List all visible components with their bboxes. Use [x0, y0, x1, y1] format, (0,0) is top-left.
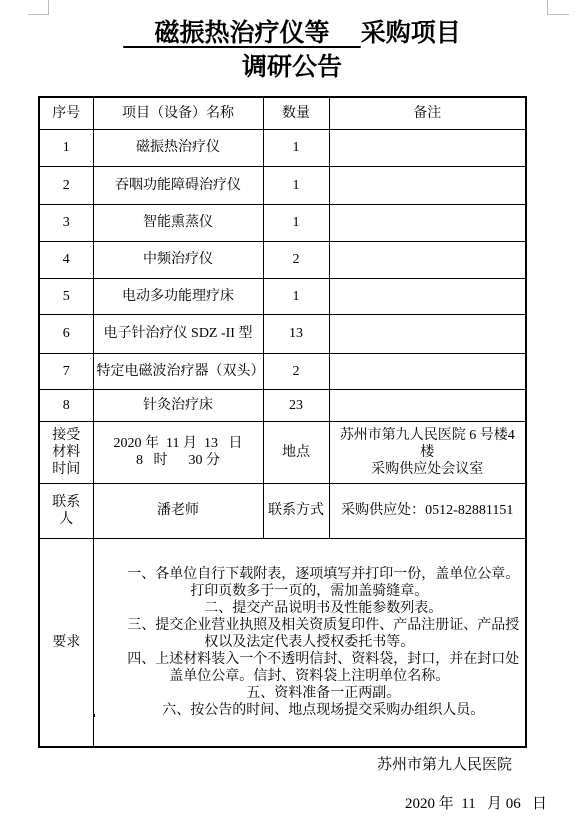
row-name: 针灸治疗床	[93, 389, 263, 421]
header-no: 序号	[39, 97, 93, 129]
row-note	[329, 129, 526, 166]
table-row: 7 特定电磁波治疗器（双头） 2	[39, 353, 526, 389]
table-row: 3 智能熏蒸仪 1	[39, 204, 526, 241]
row-qty: 2	[263, 241, 329, 278]
requirements-content: 一、各单位自行下载附表，逐项填写并打印一份，盖单位公章。打印页数多于一页的，需加…	[93, 538, 526, 747]
document-title: 磁振热治疗仪等 采购项目 调研公告	[0, 17, 584, 85]
requirements-label: 要求	[39, 538, 93, 747]
row-qty: 1	[263, 204, 329, 241]
place-value: 苏州市第九人民医院 6 号楼4 楼 采购供应处会议室	[329, 421, 526, 483]
margin-corner-mark-right	[547, 0, 569, 15]
contact-label: 联系 人	[39, 483, 93, 538]
row-no: 5	[39, 278, 93, 314]
place-label: 地点	[263, 421, 329, 483]
margin-corner-mark-left	[28, 0, 49, 15]
table-row: 4 中频治疗仪 2	[39, 241, 526, 278]
row-note	[329, 204, 526, 241]
contact-row: 联系 人 潘老师 联系方式 采购供应处：0512-82881151	[39, 483, 526, 538]
acceptance-time-label: 接受 材料 时间	[39, 421, 93, 483]
row-note	[329, 389, 526, 421]
requirement-item: 三、提交企业营业执照及相关资质复印件、产品注册证、产品授权以及法定代表人授权委托…	[97, 617, 523, 651]
row-qty: 1	[263, 129, 329, 166]
row-name: 电动多功能理疗床	[93, 278, 263, 314]
row-no: 1	[39, 129, 93, 166]
row-name: 智能熏蒸仪	[93, 204, 263, 241]
header-note: 备注	[329, 97, 526, 129]
acceptance-time-row: 接受 材料 时间 2020 年 11 月 13 日 8 时 30 分 地点 苏州…	[39, 421, 526, 483]
requirement-item: 六、按公告的时间、地点现场提交采购办组织人员。	[97, 702, 523, 719]
requirement-item: 五、资料准备一正两副。	[97, 685, 523, 702]
issuer-name: 苏州市第九人民医院	[0, 753, 512, 774]
requirement-item: 二、提交产品说明书及性能参数列表。	[97, 600, 523, 617]
table-row: 6 电子针治疗仪 SDZ -II 型 13	[39, 314, 526, 353]
header-qty: 数量	[263, 97, 329, 129]
requirements-row: 要求 一、各单位自行下载附表，逐项填写并打印一份，盖单位公章。打印页数多于一页的…	[39, 538, 526, 747]
row-no: 4	[39, 241, 93, 278]
row-qty: 23	[263, 389, 329, 421]
row-note	[329, 241, 526, 278]
row-qty: 1	[263, 278, 329, 314]
row-name: 磁振热治疗仪	[93, 129, 263, 166]
row-qty: 1	[263, 166, 329, 204]
document-page: 磁振热治疗仪等 采购项目 调研公告 序号 项目（设备）名称 数量 备注 1 磁振…	[0, 0, 584, 830]
table-row: 2 吞咽功能障碍治疗仪 1	[39, 166, 526, 204]
row-no: 3	[39, 204, 93, 241]
requirement-item: 一、各单位自行下载附表，逐项填写并打印一份，盖单位公章。打印页数多于一页的，需加…	[97, 566, 523, 600]
row-note	[329, 166, 526, 204]
title-underlined-project-name: 磁振热治疗仪等	[123, 20, 361, 47]
row-qty: 13	[263, 314, 329, 353]
row-name: 特定电磁波治疗器（双头）	[93, 353, 263, 389]
row-note	[329, 353, 526, 389]
row-qty: 2	[263, 353, 329, 389]
contact-method-value: 采购供应处：0512-82881151	[329, 483, 526, 538]
row-no: 8	[39, 389, 93, 421]
table-row: 5 电动多功能理疗床 1	[39, 278, 526, 314]
row-no: 2	[39, 166, 93, 204]
stray-period-mark	[93, 714, 95, 717]
title-line1-suffix: 采购项目	[361, 20, 461, 47]
row-name: 中频治疗仪	[93, 241, 263, 278]
title-line1: 磁振热治疗仪等 采购项目	[0, 17, 584, 51]
table-header-row: 序号 项目（设备）名称 数量 备注	[39, 97, 526, 129]
header-name: 项目（设备）名称	[93, 97, 263, 129]
row-no: 7	[39, 353, 93, 389]
row-name: 吞咽功能障碍治疗仪	[93, 166, 263, 204]
issue-date: 2020 年 11 月 06 日	[0, 792, 547, 813]
row-no: 6	[39, 314, 93, 353]
table-row: 1 磁振热治疗仪 1	[39, 129, 526, 166]
procurement-items-table: 序号 项目（设备）名称 数量 备注 1 磁振热治疗仪 1 2 吞咽功能障碍治疗仪…	[38, 96, 527, 748]
requirement-item: 四、上述材料装入一个不透明信封、资料袋，封口，并在封口处盖单位公章。信封、资料袋…	[97, 651, 523, 685]
acceptance-time-value: 2020 年 11 月 13 日 8 时 30 分	[93, 421, 263, 483]
row-note	[329, 278, 526, 314]
contact-method-label: 联系方式	[263, 483, 329, 538]
row-name: 电子针治疗仪 SDZ -II 型	[93, 314, 263, 353]
contact-name: 潘老师	[93, 483, 263, 538]
table-row: 8 针灸治疗床 23	[39, 389, 526, 421]
row-note	[329, 314, 526, 353]
title-line2: 调研公告	[0, 51, 584, 85]
